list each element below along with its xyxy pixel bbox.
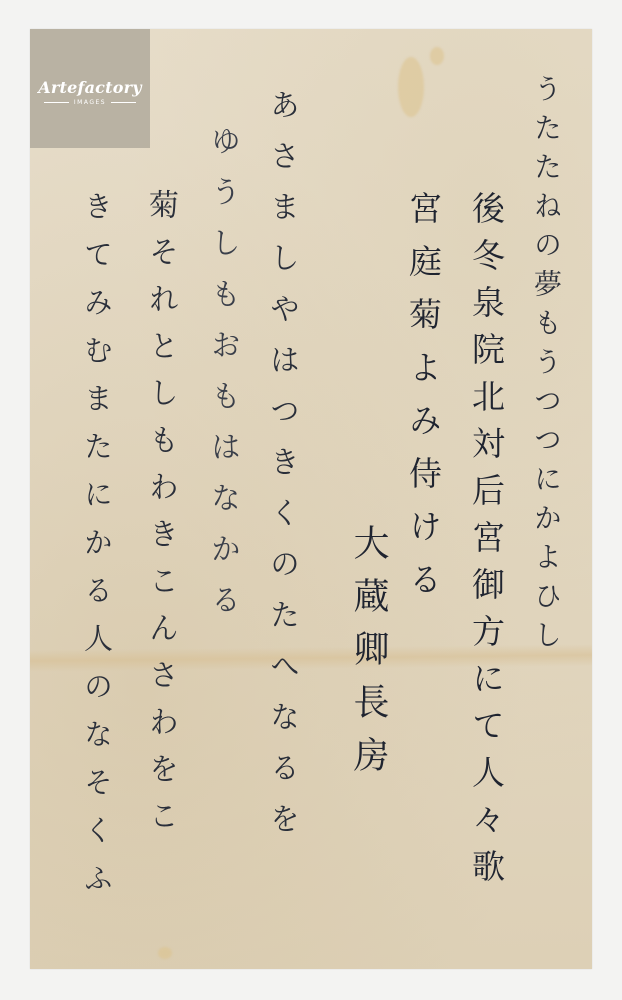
text-column-7: 菊それとしもわきこんさわをこ [145,189,175,847]
text-column-8: きてみむまたにかる人のなそくふ [82,191,111,911]
watermark-subtitle: IMAGES [74,99,106,106]
divider [111,102,136,103]
text-column-1: うたたねの夢もうつつにかよひし [532,74,560,659]
text-column-4-author: 大蔵卿長房 [350,524,386,789]
text-column-5: あさましやはつきくのたへなるを [266,89,296,854]
text-column-6: ゆうしもおもはなかる [207,125,237,635]
text-column-2: 後冬泉院北対后宮御方にて人々歌 [470,191,503,896]
water-stain [398,57,424,117]
water-stain [430,47,444,65]
artefactory-watermark: Artefactory IMAGES [30,29,150,148]
fold-stain [30,644,592,672]
water-stain [158,947,172,959]
watermark-subtitle-row: IMAGES [44,99,136,106]
text-column-3: 宮庭菊よみ侍ける [407,191,440,615]
manuscript-paper: Artefactory IMAGES うたたねの夢もうつつにかよひし 後冬泉院北… [30,29,592,969]
watermark-title: Artefactory [38,78,141,97]
divider [44,102,69,103]
